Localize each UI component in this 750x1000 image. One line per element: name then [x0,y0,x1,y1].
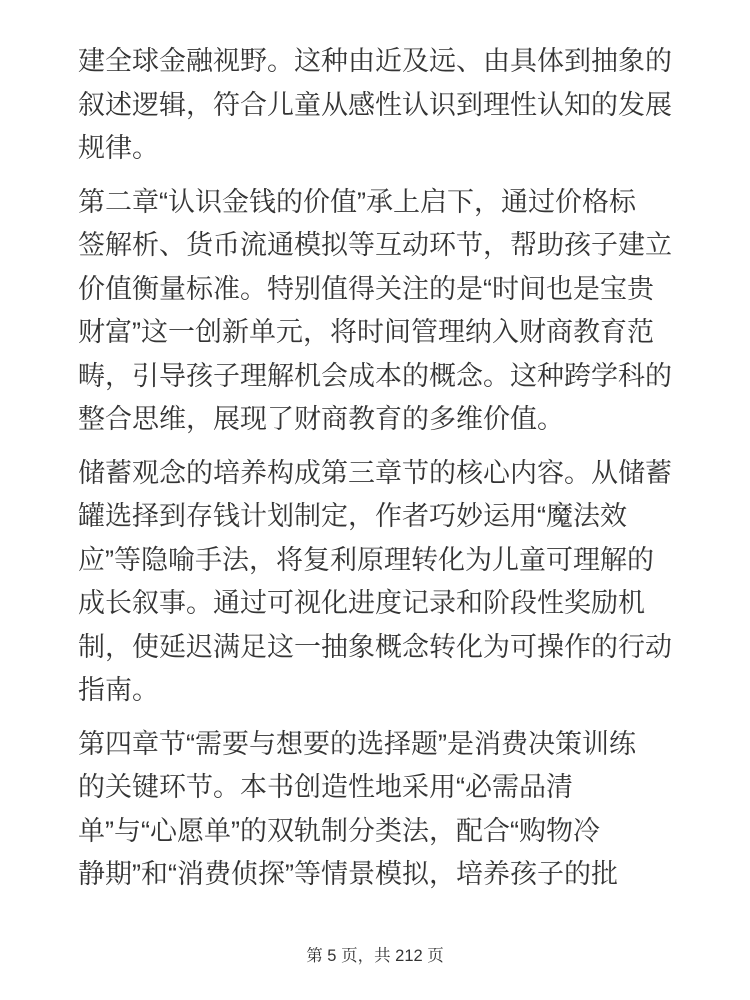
document-page: 建全球金融视野。这种由近及远、由具体到抽象的 叙述逻辑，符合儿童从感性认识到理性… [0,0,750,1000]
paragraph: 第四章节“需要与想要的选择题”是消费决策训练 的关键环节。本书创造性地采用“必需… [78,723,686,897]
page-content: 建全球金融视野。这种由近及远、由具体到抽象的 叙述逻辑，符合儿童从感性认识到理性… [78,40,686,907]
paragraph: 储蓄观念的培养构成第三章节的核心内容。从储蓄 罐选择到存钱计划制定，作者巧妙运用… [78,452,686,713]
paragraph: 第二章“认识金钱的价值”承上启下，通过价格标 签解析、货币流通模拟等互动环节，帮… [78,181,686,442]
page-indicator: 第 5 页，共 212 页 [0,942,750,966]
paragraph: 建全球金融视野。这种由近及远、由具体到抽象的 叙述逻辑，符合儿童从感性认识到理性… [78,40,686,171]
